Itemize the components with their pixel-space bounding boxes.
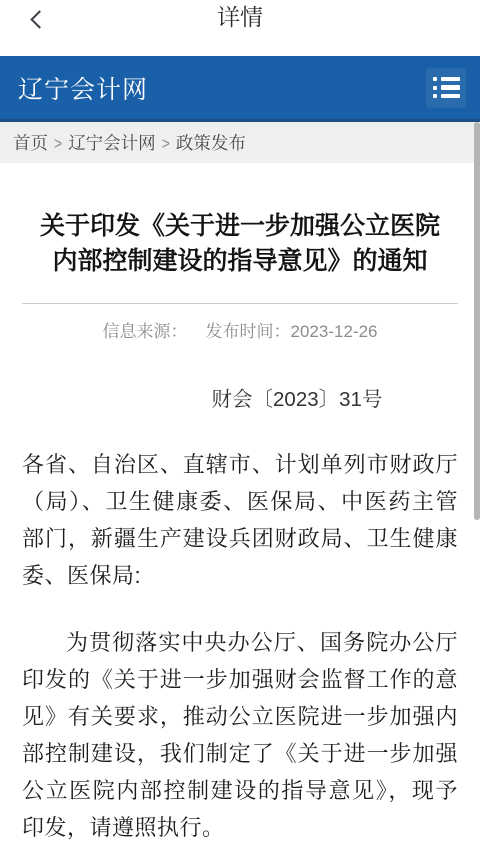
article-meta: 信息来源：发布时间：2023-12-26: [22, 317, 458, 342]
article-title: 关于印发《关于进一步加强公立医院内部控制建设的指导意见》的通知: [22, 209, 458, 279]
article-body: 各省、自治区、直辖市、计划单列市财政厅（局）、卫生健康委、医保局、中医药主管部门…: [22, 446, 458, 846]
list-menu-icon: [433, 77, 460, 99]
document-number: 财会〔2023〕31号: [22, 382, 458, 412]
page-title: 详情: [0, 0, 480, 34]
meta-source-label: 信息来源：: [103, 322, 188, 341]
meta-time-value: 2023-12-26: [291, 322, 378, 341]
scrollbar-thumb[interactable]: [474, 122, 480, 520]
breadcrumb-item-home[interactable]: 首页: [13, 130, 48, 155]
site-header: 辽宁会计网: [0, 56, 480, 122]
top-navigation-bar: 详情: [0, 0, 480, 56]
breadcrumb-separator: >: [54, 133, 62, 152]
article-content: 关于印发《关于进一步加强公立医院内部控制建设的指导意见》的通知 信息来源：发布时…: [0, 209, 480, 846]
menu-button[interactable]: [426, 68, 466, 108]
breadcrumb-separator: >: [162, 133, 170, 152]
breadcrumb-item-site[interactable]: 辽宁会计网: [68, 130, 156, 155]
breadcrumb-item-policy[interactable]: 政策发布: [176, 130, 246, 155]
paragraph-main: 为贯彻落实中央办公厅、国务院办公厅印发的《关于进一步加强财会监督工作的意见》有关…: [22, 624, 458, 846]
paragraph-addressees: 各省、自治区、直辖市、计划单列市财政厅（局）、卫生健康委、医保局、中医药主管部门…: [22, 446, 458, 594]
site-title: 辽宁会计网: [18, 70, 148, 106]
title-divider: [22, 303, 458, 304]
app-screen: 详情 辽宁会计网 首页 > 辽宁会计网 > 政策发布 关于印发《关于进一步加强公…: [0, 0, 480, 852]
meta-time-label: 发布时间：: [206, 322, 291, 341]
breadcrumb: 首页 > 辽宁会计网 > 政策发布: [0, 122, 480, 163]
